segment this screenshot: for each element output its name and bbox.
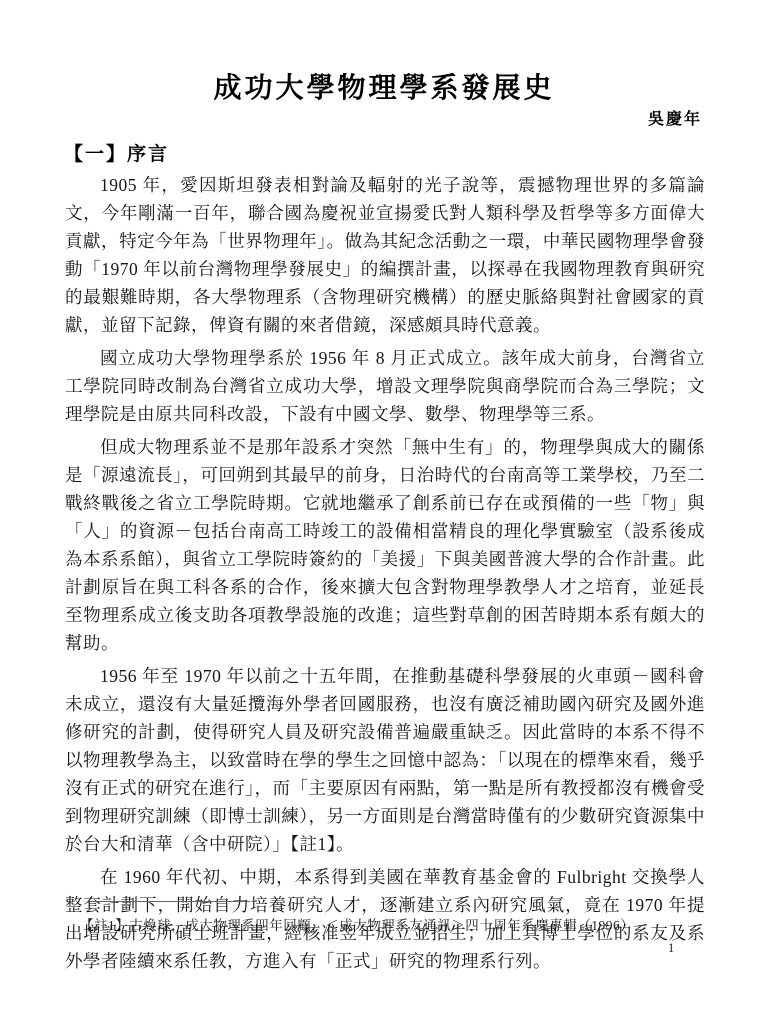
section-heading: 【一】序言: [64, 139, 169, 166]
document-page: 成功大學物理學系發展史 吳慶年 【一】序言 1905 年，愛因斯坦發表相對論及輻…: [0, 0, 768, 1024]
paragraph-intro-physics-year: 1905 年，愛因斯坦發表相對論及輻射的光子說等，震撼物理世界的多篇論文，今年剛…: [65, 171, 705, 339]
page-title: 成功大學物理學系發展史: [0, 66, 768, 106]
paragraph-department-founding: 國立成功大學物理學系於 1956 年 8 月正式成立。該年成大前身，台灣省立工學…: [65, 344, 705, 428]
page-number: 1: [668, 941, 674, 956]
document-body: 1905 年，愛因斯坦發表相對論及輻射的光子說等，震撼物理世界的多篇論文，今年剛…: [65, 171, 705, 980]
paragraph-department-origins: 但成大物理系並不是那年設系才突然「無中生有」的，物理學與成大的關係是「源遠流長」…: [65, 433, 705, 657]
author-name: 吳慶年: [648, 106, 702, 129]
footnote-separator-line: [90, 901, 250, 902]
footnote: 【註1】古煥球，成大物理系四年回顧，＜成大物理系友通訊＞四十周年系慶專輯（199…: [80, 916, 680, 936]
paragraph-early-period: 1956 年至 1970 年以前之十五年間，在推動基礎科學發展的火車頭－國科會未…: [65, 662, 705, 858]
